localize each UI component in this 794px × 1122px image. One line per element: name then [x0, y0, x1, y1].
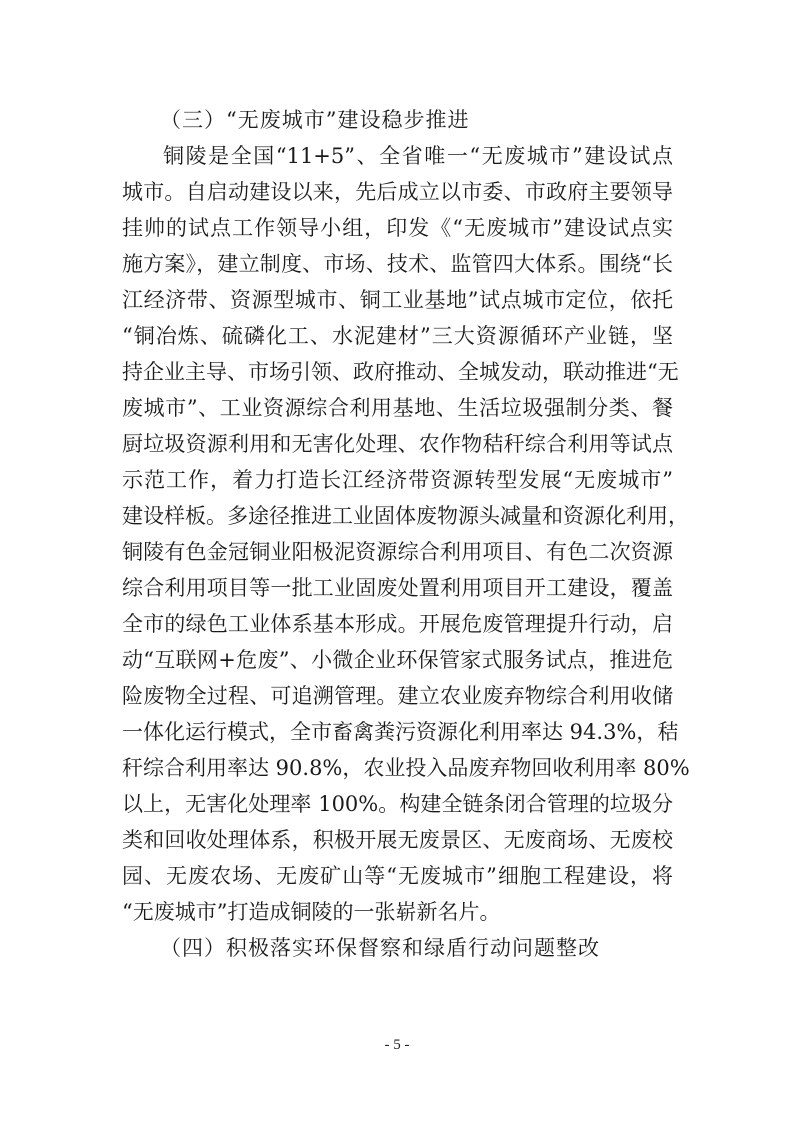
paragraph-line: 一体化运行模式，全市畜禽粪污资源化利用率达 94.3%，秸: [122, 717, 673, 747]
paragraph-line: 施方案》，建立制度、市场、技术、监管四大体系。围绕“长: [122, 249, 673, 279]
paragraph-line: 挂帅的试点工作领导小组，印发《“无废城市”建设试点实: [122, 213, 673, 243]
paragraph-line: 铜陵是全国“11+5”、全省唯一“无废城市”建设试点: [163, 141, 673, 171]
paragraph-line: “铜冶炼、硫磷化工、水泥建材”三大资源循环产业链，坚: [122, 321, 673, 351]
paragraph-line: 险废物全过程、可追溯管理。建立农业废弃物综合利用收储: [122, 681, 673, 711]
paragraph-line: 江经济带、资源型城市、铜工业基地”试点城市定位，依托: [122, 285, 673, 315]
paragraph-line: 园、无废农场、无废矿山等“无废城市”细胞工程建设，将: [122, 861, 673, 891]
page-number: - 5 -: [0, 1037, 794, 1054]
paragraph-line: 城市。自启动建设以来，先后成立以市委、市政府主要领导: [122, 177, 673, 207]
document-page: （三）“无废城市”建设稳步推进 铜陵是全国“11+5”、全省唯一“无废城市”建设…: [0, 0, 794, 1122]
paragraph-line: 持企业主导、市场引领、政府推动、全城发动，联动推进“无: [122, 357, 673, 387]
paragraph-line: 类和回收处理体系，积极开展无废景区、无废商场、无废校: [122, 825, 673, 855]
paragraph-line: 秆综合利用率达 90.8%，农业投入品废弃物回收利用率 80%: [122, 753, 673, 783]
paragraph-line: 建设样板。多途径推进工业固体废物源头减量和资源化利用，: [122, 501, 673, 531]
paragraph-line: 示范工作，着力打造长江经济带资源转型发展“无废城市”: [122, 465, 673, 495]
paragraph-line: 废城市”、工业资源综合利用基地、生活垃圾强制分类、餐: [122, 393, 673, 423]
paragraph-line: 厨垃圾资源利用和无害化处理、农作物秸秆综合利用等试点: [122, 429, 673, 459]
paragraph-line: 全市的绿色工业体系基本形成。开展危废管理提升行动，启: [122, 609, 673, 639]
paragraph-line: 铜陵有色金冠铜业阳极泥资源综合利用项目、有色二次资源: [122, 537, 673, 567]
section-heading-3: （三）“无废城市”建设稳步推进: [160, 105, 469, 135]
paragraph-line: “无废城市”打造成铜陵的一张崭新名片。: [122, 897, 673, 927]
paragraph-line: 动“互联网+危废”、小微企业环保管家式服务试点，推进危: [122, 645, 673, 675]
section-heading-4: （四）积极落实环保督察和绿盾行动问题整改: [160, 933, 600, 963]
paragraph-line: 综合利用项目等一批工业固废处置利用项目开工建设，覆盖: [122, 573, 673, 603]
paragraph-line: 以上，无害化处理率 100%。构建全链条闭合管理的垃圾分: [122, 789, 673, 819]
